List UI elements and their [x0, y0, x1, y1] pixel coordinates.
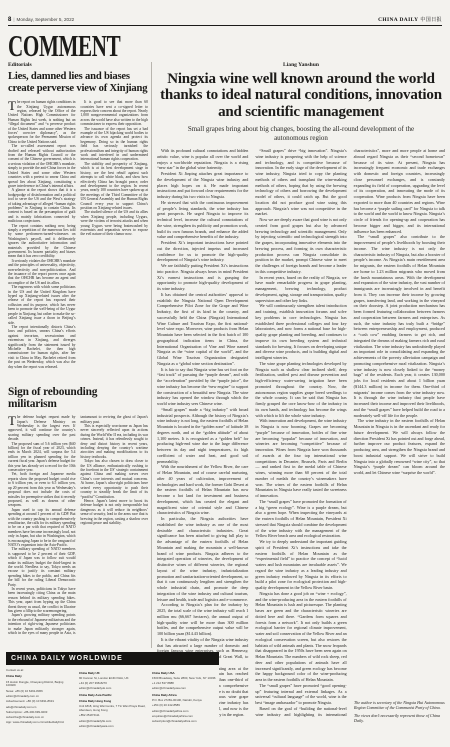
- editorials-label: Editorials: [8, 62, 148, 68]
- top-bar: 8|Monday, September 5, 2022 CHINA DAILY中…: [8, 12, 442, 23]
- editorial-gap: [8, 376, 148, 386]
- brand-name-chinese: 中国日报: [420, 18, 442, 23]
- main-article-headline: Ningxia wine well known around the world…: [157, 71, 445, 120]
- main-article-subtitle: Small grapes bring about big changes, bo…: [171, 125, 431, 142]
- date: Monday, September 5, 2022: [17, 17, 75, 22]
- page-number: 8: [8, 17, 11, 23]
- main-article-body: With its profound cultural connotations …: [157, 148, 445, 720]
- editorial1-headline: Lies, damned lies and biases create perv…: [8, 71, 148, 94]
- editorial1-text: The report on human rights conditions in…: [8, 100, 148, 376]
- contact-column-uk-asia: China Daily UK90 Cannon St, London EC4N …: [79, 669, 146, 730]
- contact-column-usa-africa: China Daily USA1500 Broadway, Suite 2800…: [152, 669, 219, 730]
- section-masthead: COMMENT: [8, 30, 120, 61]
- byline: Liang Yanshun: [157, 62, 445, 68]
- header-rule: [8, 25, 442, 26]
- editorial2-body: The defense budget request made by Japan…: [8, 415, 148, 641]
- folio-separator: |: [13, 17, 14, 22]
- newspaper-page: 8|Monday, September 5, 2022 CHINA DAILY中…: [0, 0, 450, 747]
- main-article-header: Liang Yanshun Ningxia wine well known ar…: [157, 62, 445, 142]
- author-note: The author is secretary of the Ningxia H…: [354, 700, 445, 725]
- worldwide-banner: CHINA DAILY WORLDWIDE: [6, 652, 219, 665]
- editorial2-headline: Sign of rebounding militarism: [8, 386, 148, 410]
- vertical-divider: [151, 62, 152, 648]
- editorial1-body: The report on human rights conditions in…: [8, 100, 148, 376]
- worldwide-box: CHINA DAILY WORLDWIDE Contact us at:Chin…: [6, 652, 219, 743]
- brand-name: CHINA DAILY: [378, 17, 418, 23]
- main-article-text: With its profound cultural connotations …: [157, 148, 445, 720]
- folio: 8|Monday, September 5, 2022: [8, 17, 74, 23]
- brand: CHINA DAILY中国日报: [378, 16, 442, 23]
- editorial2-text: The defense budget request made by Japan…: [8, 415, 148, 641]
- editorials-column: Editorials Lies, damned lies and biases …: [8, 62, 148, 641]
- contact-column-beijing: Contact us at:China Daily15 Huixin Dongj…: [6, 669, 73, 730]
- contact-columns: Contact us at:China Daily15 Huixin Dongj…: [6, 669, 219, 730]
